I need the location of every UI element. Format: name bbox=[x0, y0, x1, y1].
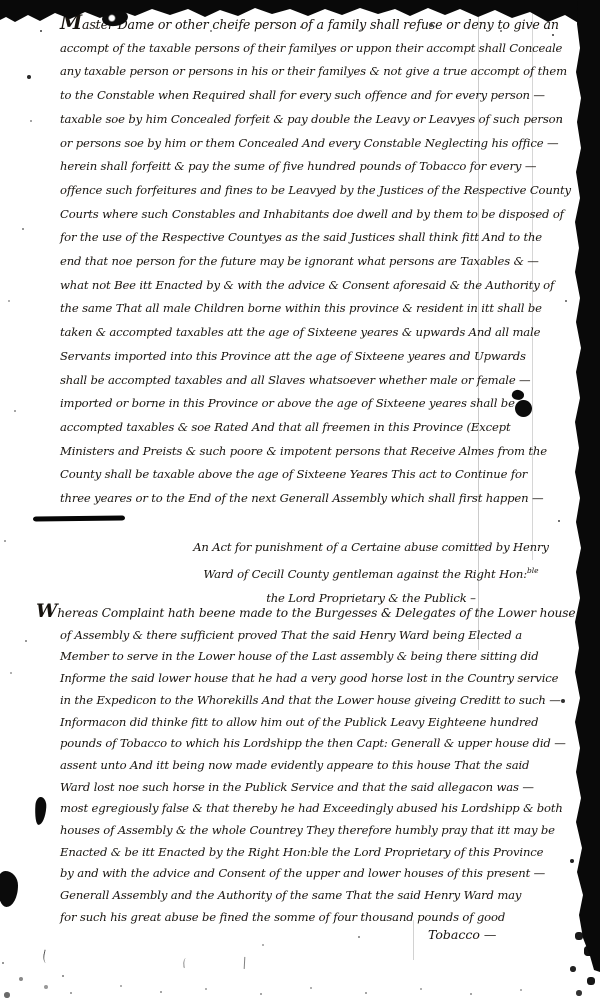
manuscript-line: of Assembly & there sufficient proved Th… bbox=[60, 625, 580, 647]
manuscript-line: taken & accompted taxables att the age o… bbox=[60, 321, 580, 345]
manuscript-line: Generall Assembly and the Authority of t… bbox=[60, 885, 580, 907]
manuscript-line: pounds of Tobacco to which his Lordshipp… bbox=[60, 733, 580, 755]
manuscript-line: County shall be taxable above the age of… bbox=[60, 463, 580, 487]
manuscript-line: Servants imported into this Province att… bbox=[60, 345, 580, 369]
manuscript-line: to the Constable when Required shall for… bbox=[60, 84, 580, 108]
statute-paragraph-henry-ward: Whereas Complaint hath beene made to the… bbox=[60, 601, 580, 929]
honorable-superscript: ble bbox=[527, 566, 539, 575]
manuscript-line: in the Expedicon to the Whorekills And t… bbox=[60, 690, 580, 712]
ink-blot bbox=[34, 797, 47, 826]
manuscript-line: offence such forfeitures and fines to be… bbox=[60, 179, 580, 203]
ink-blot bbox=[0, 871, 18, 907]
manuscript-line: taxable soe by him Concealed forfeit & p… bbox=[60, 108, 580, 132]
manuscript-line: for the use of the Respective Countyes a… bbox=[60, 226, 580, 250]
manuscript-line: accompt of the taxable persons of their … bbox=[60, 37, 580, 61]
manuscript-line: Whereas Complaint hath beene made to the… bbox=[60, 601, 580, 625]
act-heading: An Act for punishment of a Certaine abus… bbox=[165, 535, 577, 610]
manuscript-line: Master Dame or other cheife person of a … bbox=[60, 11, 580, 37]
manuscript-line: Ministers and Preists & such poore & imp… bbox=[60, 440, 580, 464]
stray-pen-mark bbox=[42, 949, 51, 963]
manuscript-line: Courts where such Constables and Inhabit… bbox=[60, 203, 580, 227]
manuscript-line: or persons soe by him or them Concealed … bbox=[60, 132, 580, 156]
manuscript-line: Member to serve in the Lower house of th… bbox=[60, 646, 580, 668]
stray-pen-mark bbox=[182, 958, 188, 969]
manuscript-line: Ward lost noe such horse in the Publick … bbox=[60, 777, 580, 799]
stray-pen-mark bbox=[244, 957, 248, 969]
manuscript-line: for such his great abuse be fined the so… bbox=[60, 907, 580, 929]
statute-paragraph-taxables: Master Dame or other cheife person of a … bbox=[60, 11, 580, 511]
manuscript-line: shall be accompted taxables and all Slav… bbox=[60, 369, 580, 393]
ink-stroke-separator bbox=[33, 516, 125, 522]
ink-blot bbox=[515, 400, 532, 417]
manuscript-page: Master Dame or other cheife person of a … bbox=[0, 0, 600, 998]
manuscript-line: any taxable person or persons in his or … bbox=[60, 60, 580, 84]
manuscript-line: imported or borne in this Province or ab… bbox=[60, 392, 580, 416]
manuscript-line: Informacon did thinke fitt to allow him … bbox=[60, 712, 580, 734]
manuscript-line: accompted taxables & soe Rated And that … bbox=[60, 416, 580, 440]
manuscript-line: assent unto And itt being now made evide… bbox=[60, 755, 580, 777]
act-heading-line2-text: Ward of Cecill County gentleman against … bbox=[203, 567, 527, 581]
manuscript-line: the same That all male Children borne wi… bbox=[60, 297, 580, 321]
act-heading-line: Ward of Cecill County gentleman against … bbox=[165, 559, 577, 586]
manuscript-line: Enacted & be itt Enacted by the Right Ho… bbox=[60, 842, 580, 864]
manuscript-line: what not Bee itt Enacted by & with the a… bbox=[60, 274, 580, 298]
manuscript-line: houses of Assembly & the whole Countrey … bbox=[60, 820, 580, 842]
manuscript-line: herein shall forfeitt & pay the sume of … bbox=[60, 155, 580, 179]
manuscript-line: Informe the said lower house that he had… bbox=[60, 668, 580, 690]
manuscript-line: end that noe person for the future may b… bbox=[60, 250, 580, 274]
manuscript-line: by and with the advice and Consent of th… bbox=[60, 863, 580, 885]
manuscript-line: three yeares or to the End of the next G… bbox=[60, 487, 580, 511]
catchword: Tobacco — bbox=[428, 927, 496, 942]
act-heading-line: An Act for punishment of a Certaine abus… bbox=[165, 535, 577, 559]
manuscript-line: most egregiously false & that thereby he… bbox=[60, 798, 580, 820]
